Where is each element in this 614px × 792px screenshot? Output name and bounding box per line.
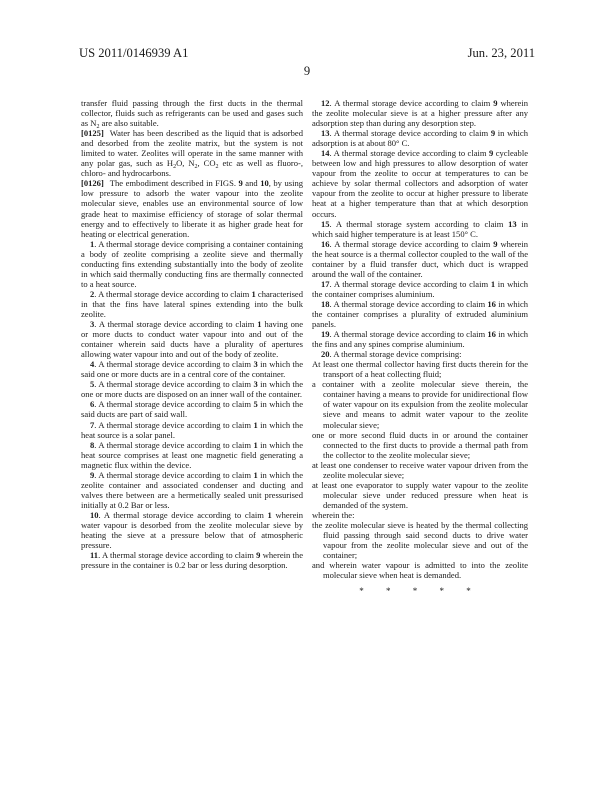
claim-11: 11. A thermal storage device according t… [81, 550, 303, 570]
claim-7: 7. A thermal storage device according to… [81, 420, 303, 440]
continued-paragraph: transfer fluid passing through the first… [81, 98, 303, 128]
claim-20-element: at least one evaporator to supply water … [312, 480, 528, 510]
claim-17: 17. A thermal storage device according t… [312, 279, 528, 299]
claim-19: 19. A thermal storage device according t… [312, 329, 528, 349]
claim-1: 1. A thermal storage device comprising a… [81, 239, 303, 289]
left-column: transfer fluid passing through the first… [81, 98, 303, 570]
claim-20-element: a container with a zeolite molecular sie… [312, 379, 528, 429]
end-of-document-marker: * * * * * [312, 586, 528, 596]
claim-4: 4. A thermal storage device according to… [81, 359, 303, 379]
claim-20-element: one or more second fluid ducts in or aro… [312, 430, 528, 460]
claim-20-wherein-element: the zeolite molecular sieve is heated by… [312, 520, 528, 560]
claim-9: 9. A thermal storage device according to… [81, 470, 303, 510]
publication-number: US 2011/0146939 A1 [79, 46, 188, 61]
claim-15: 15. A thermal storage system according t… [312, 219, 528, 239]
claim-20-wherein: wherein the: [312, 510, 528, 520]
paragraph-0126: [0126]The embodiment described in FIGS. … [81, 178, 303, 238]
claim-13: 13. A thermal storage device according t… [312, 128, 528, 148]
claim-5: 5. A thermal storage device according to… [81, 379, 303, 399]
claim-20-wherein-element: and wherein water vapour is admitted to … [312, 560, 528, 580]
paragraph-0125: [0125]Water has been described as the li… [81, 128, 303, 178]
claim-6: 6. A thermal storage device according to… [81, 399, 303, 419]
claim-8: 8. A thermal storage device according to… [81, 440, 303, 470]
claim-18: 18. A thermal storage device according t… [312, 299, 528, 329]
claim-10: 10. A thermal storage device according t… [81, 510, 303, 550]
claim-20-element: At least one thermal collector having fi… [312, 359, 528, 379]
publication-date: Jun. 23, 2011 [468, 46, 535, 61]
page-number: 9 [0, 64, 614, 79]
right-column: 12. A thermal storage device according t… [312, 98, 528, 596]
claim-12: 12. A thermal storage device according t… [312, 98, 528, 128]
claim-14: 14. A thermal storage device according t… [312, 148, 528, 218]
claim-16: 16. A thermal storage device according t… [312, 239, 528, 279]
claim-20-element: at least one condenser to receive water … [312, 460, 528, 480]
claim-3: 3. A thermal storage device according to… [81, 319, 303, 359]
claim-20-intro: 20. A thermal storage device comprising: [312, 349, 528, 359]
paragraph-number: [0126] [81, 178, 104, 188]
claim-2: 2. A thermal storage device according to… [81, 289, 303, 319]
paragraph-number: [0125] [81, 128, 104, 138]
